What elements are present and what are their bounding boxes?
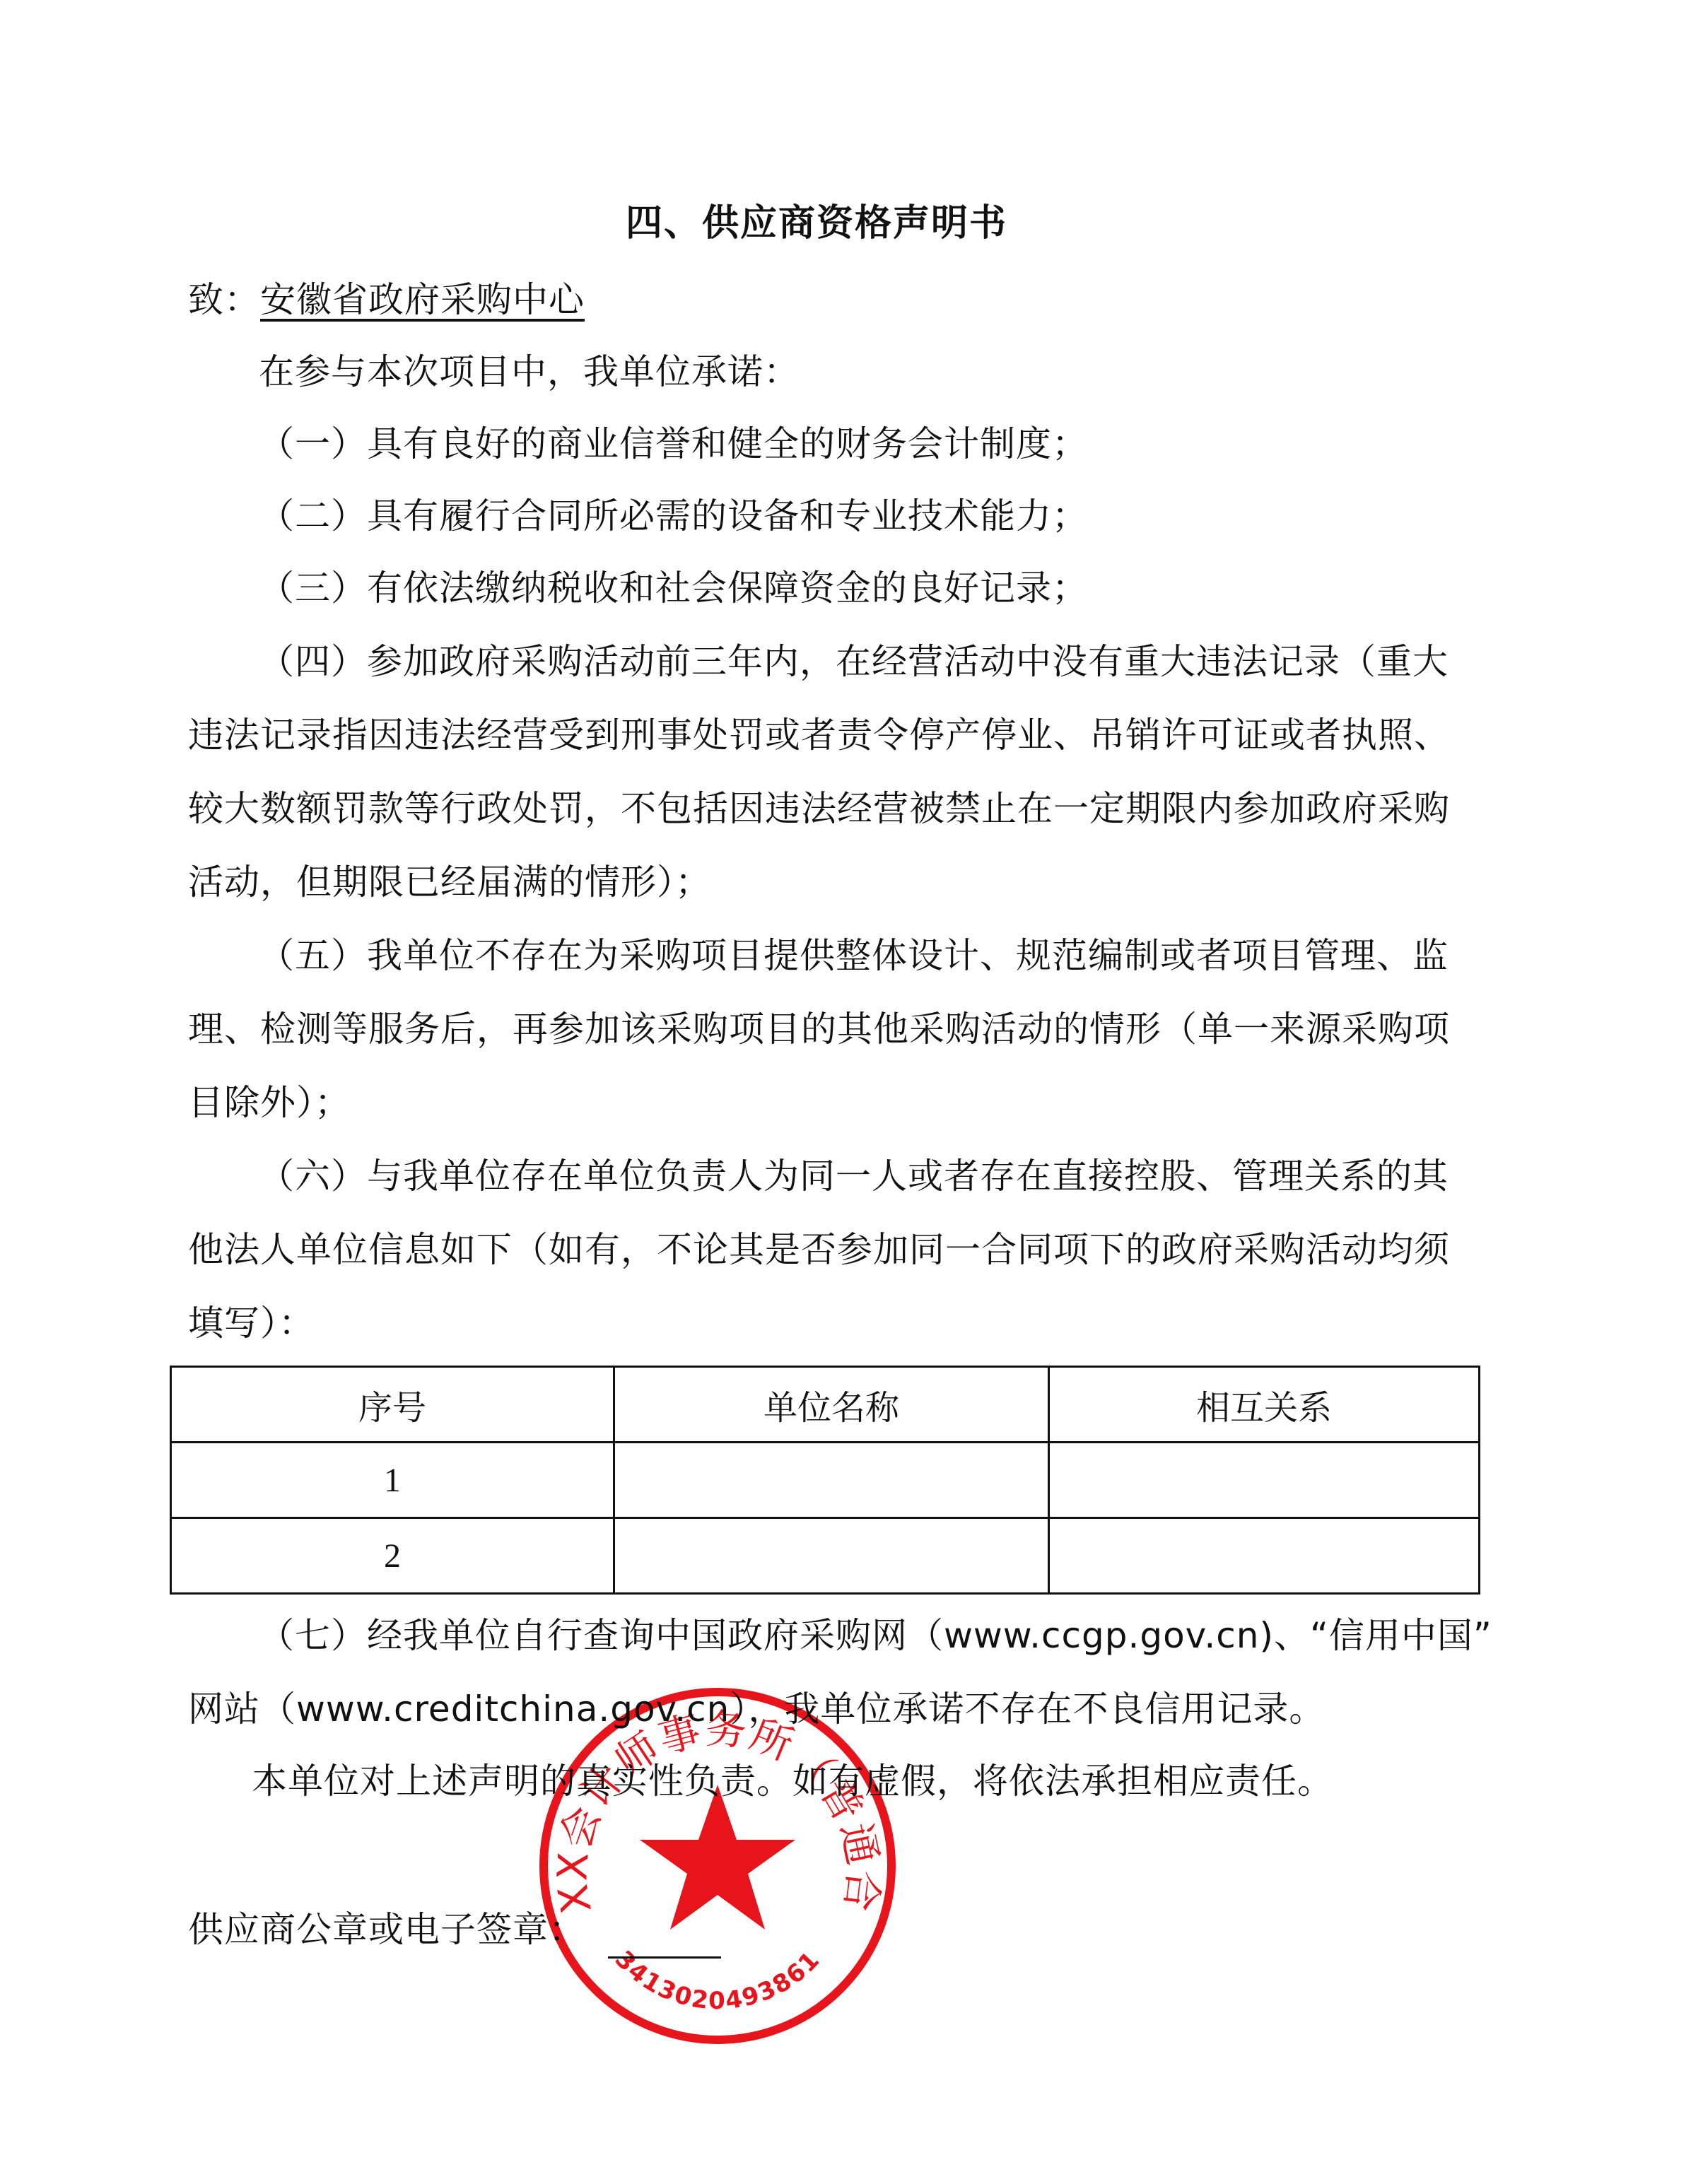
clause-4-line-3: 较大数额罚款等行政处罚，不包括因违法经营被禁止在一定期限内参加政府采购 [188, 772, 1441, 845]
cell-relationship[interactable] [1049, 1443, 1480, 1518]
table-row: 2 [171, 1518, 1480, 1594]
clause-3: （三）有依法缴纳税收和社会保障资金的良好记录； [259, 551, 1441, 625]
star-icon [640, 1785, 795, 1930]
intro-text: 在参与本次项目中，我单位承诺： [259, 335, 1441, 409]
clause-6-line-3: 填写）： [188, 1286, 1441, 1360]
clause-4-line-1: （四）参加政府采购活动前三年内，在经营活动中没有重大违法记录（重大 [259, 625, 1441, 698]
document-title: 四、供应商资格声明书 [0, 187, 1633, 260]
cell-serial: 1 [171, 1443, 614, 1518]
clause-5-line-1: （五）我单位不存在为采购项目提供整体设计、规范编制或者项目管理、监 [259, 919, 1441, 992]
clause-6-line-1: （六）与我单位存在单位负责人为同一人或者存在直接控股、管理关系的其 [259, 1139, 1441, 1213]
header-serial: 序号 [171, 1367, 614, 1443]
clause-4-line-4: 活动，但期限已经届满的情形）； [188, 845, 1441, 919]
clause-5-line-2: 理、检测等服务后，再参加该采购项目的其他采购活动的情形（单一来源采购项 [188, 992, 1441, 1066]
table-header-row: 序号 单位名称 相互关系 [171, 1367, 1480, 1443]
clause-4-line-2: 违法记录指因违法经营受到刑事处罚或者责令停产停业、吊销许可证或者执照、 [188, 698, 1441, 772]
cell-relationship[interactable] [1049, 1518, 1480, 1594]
clause-7-line-1: （七）经我单位自行查询中国政府采购网（www.ccgp.gov.cn)、“信用中… [259, 1599, 1441, 1672]
cell-serial: 2 [171, 1518, 614, 1594]
clause-6-line-2: 他法人单位信息如下（如有，不论其是否参加同一合同项下的政府采购活动均须 [188, 1213, 1441, 1286]
addressee-line: 致：安徽省政府采购中心 [188, 263, 1441, 336]
header-relationship: 相互关系 [1049, 1367, 1480, 1443]
clause-1: （一）具有良好的商业信誉和健全的财务会计制度； [259, 407, 1441, 481]
related-entities-table: 序号 单位名称 相互关系 1 2 [170, 1366, 1480, 1595]
table-row: 1 [171, 1443, 1480, 1518]
addressee: 安徽省政府采购中心 [260, 279, 585, 320]
clause-5-line-3: 目除外）； [188, 1066, 1441, 1139]
cell-unit-name[interactable] [614, 1443, 1049, 1518]
svg-text:3413020493861: 3413020493861 [609, 1945, 826, 2015]
company-seal-icon: 安徽XX会计师事务所（普通合伙） 3413020493861 [537, 1686, 898, 2046]
addressee-prefix: 致： [188, 279, 260, 320]
header-unit-name: 单位名称 [614, 1367, 1049, 1443]
clause-2: （二）具有履行合同所必需的设备和专业技术能力； [259, 479, 1441, 553]
cell-unit-name[interactable] [614, 1518, 1049, 1594]
